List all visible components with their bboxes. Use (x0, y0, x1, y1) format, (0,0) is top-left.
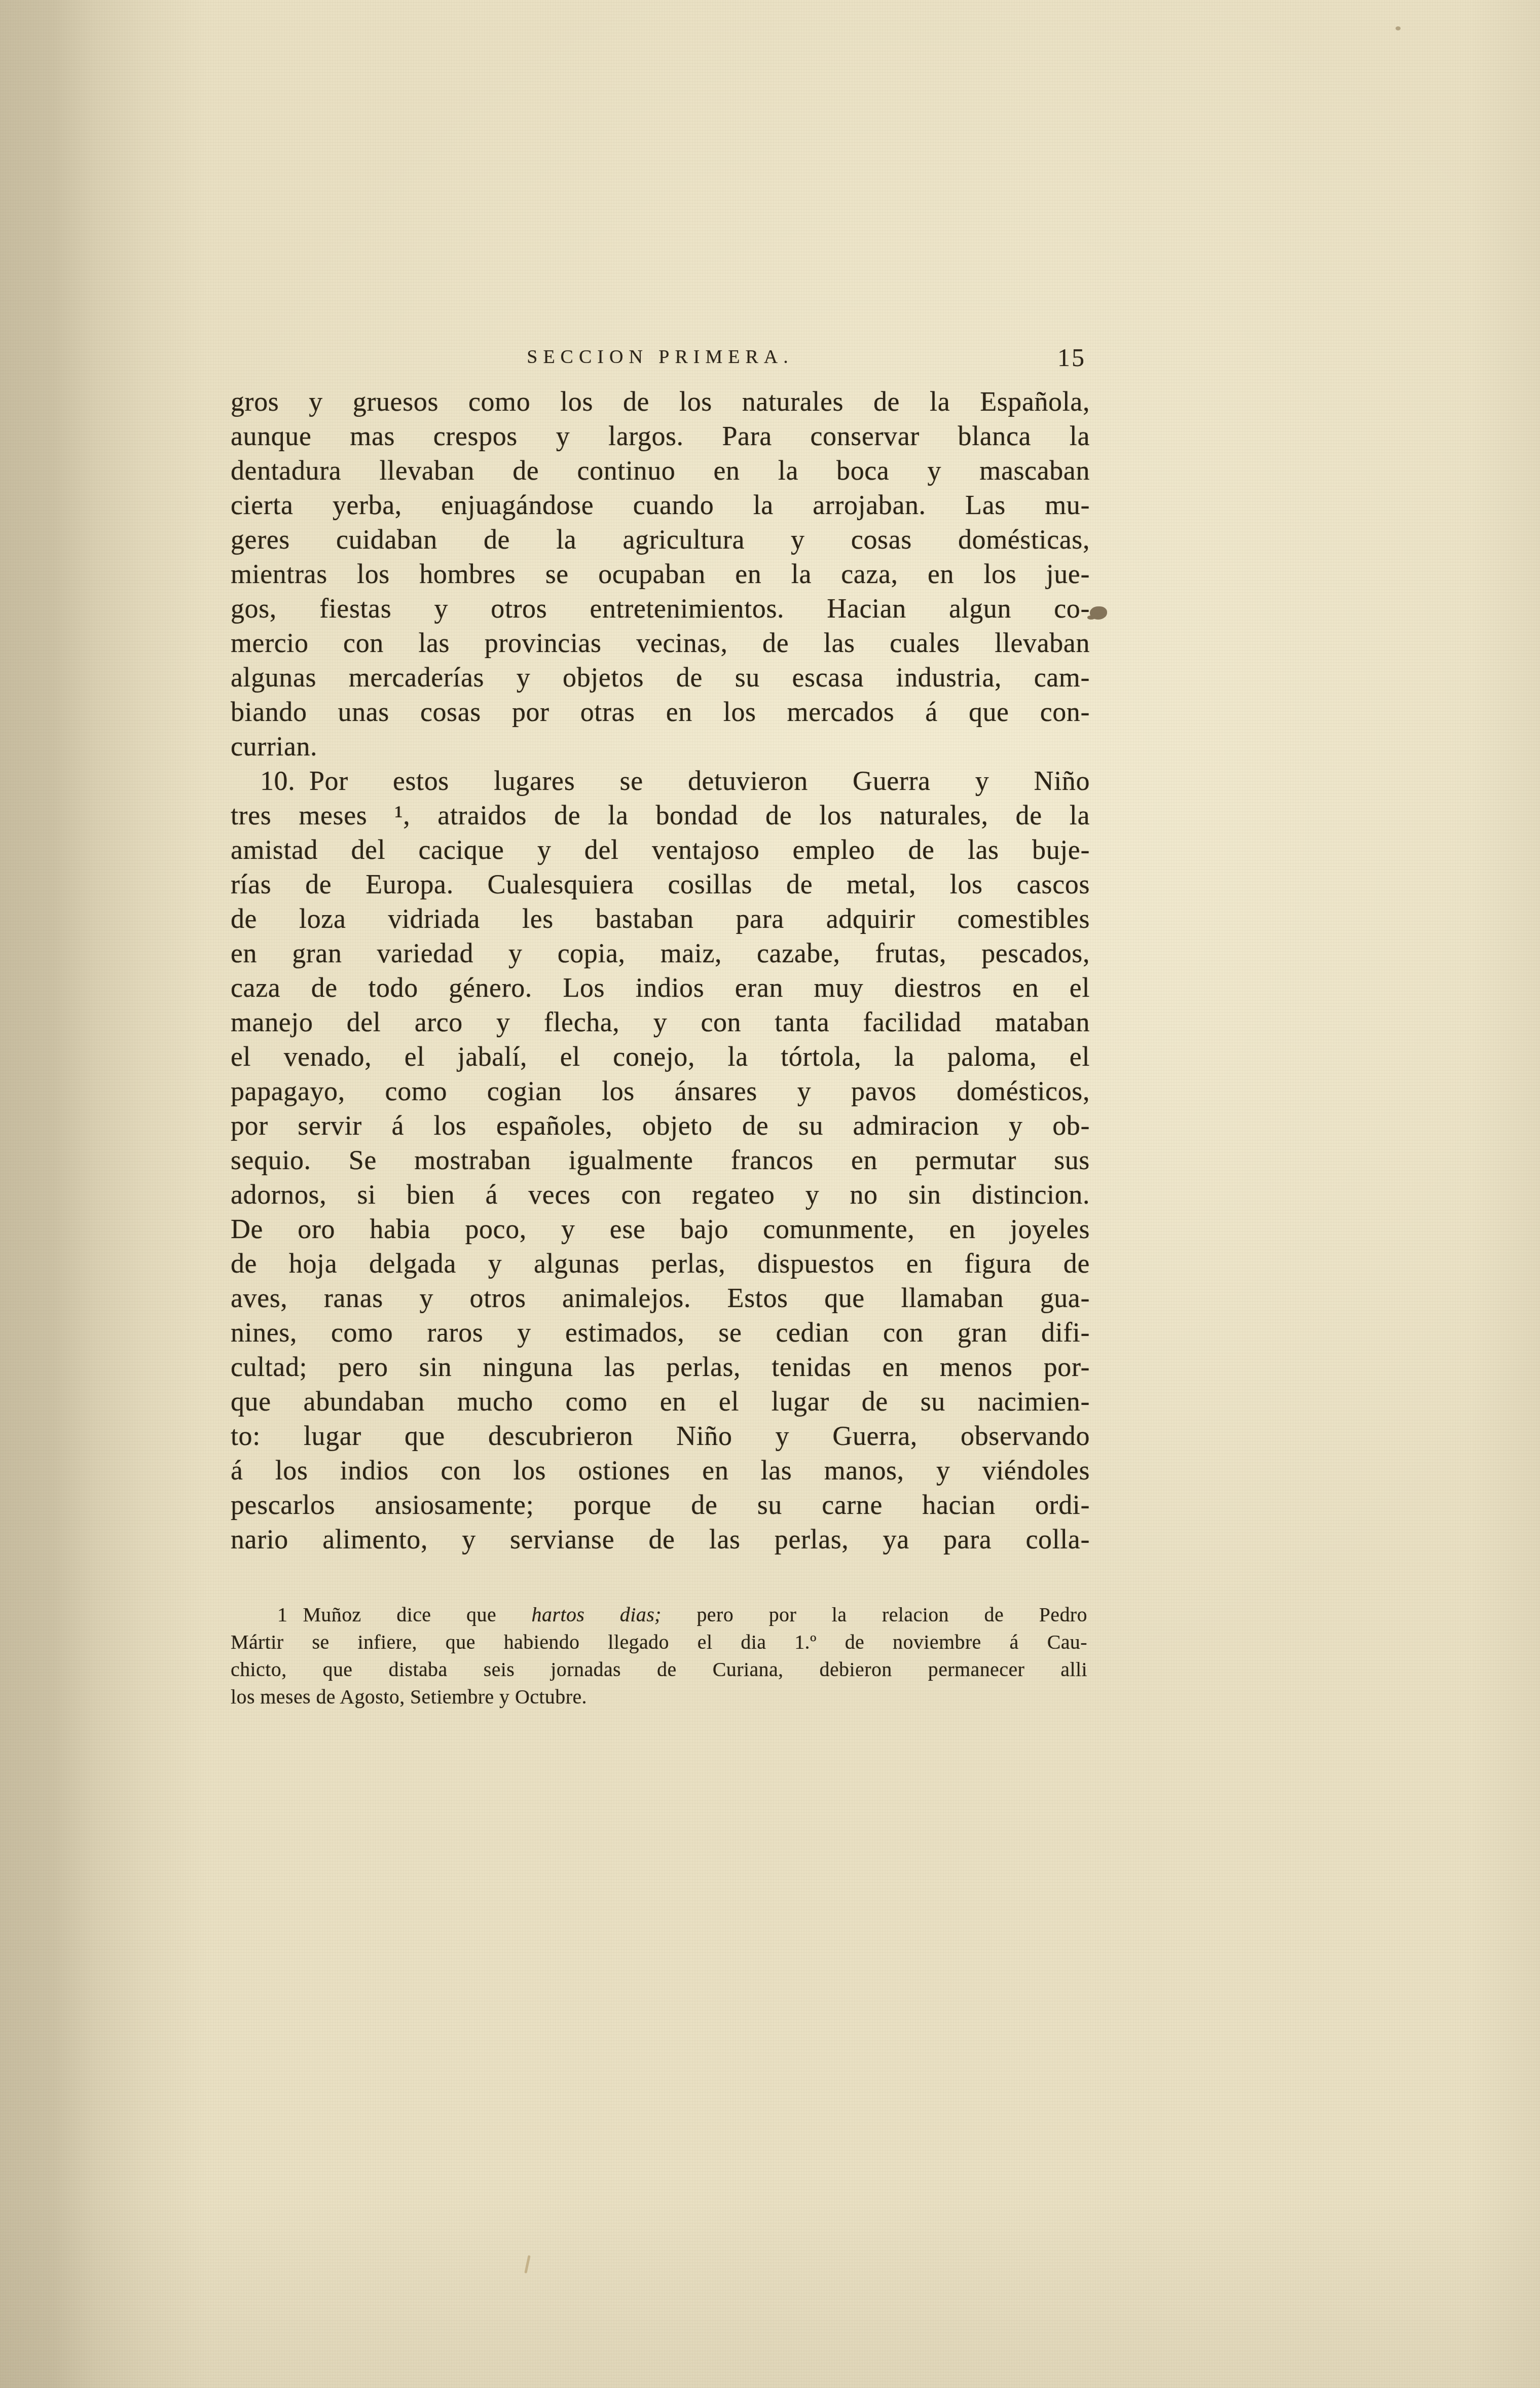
footnote-italic-phrase: hartos dias; (532, 1603, 662, 1626)
text-line: nines, como raros y estimados, se cedian… (231, 1315, 1090, 1350)
text-line: por servir á los españoles, objeto de su… (231, 1108, 1090, 1143)
text-line: algunas mercaderías y objetos de su esca… (231, 660, 1090, 695)
text-line: de hoja delgada y algunas perlas, dispue… (231, 1246, 1090, 1281)
text-line: adornos, si bien á veces con regateo y n… (231, 1177, 1090, 1212)
text-line: en gran variedad y copia, maiz, cazabe, … (231, 936, 1090, 970)
text-line: nario alimento, y servianse de las perla… (231, 1522, 1090, 1557)
text-line: cultad; pero sin ninguna las perlas, ten… (231, 1350, 1090, 1384)
text-line: manejo del arco y flecha, y con tanta fa… (231, 1005, 1090, 1039)
text-line: geres cuidaban de la agricultura y cosas… (231, 522, 1090, 557)
ink-speck (1396, 26, 1401, 30)
text-line: á los indios con los ostiones en las man… (231, 1453, 1090, 1488)
text-line: gros y gruesos como los de los naturales… (231, 384, 1090, 419)
footnote-line: 1Muñoz dice que hartos dias; pero por la… (231, 1601, 1087, 1629)
section-title: SECCION PRIMERA. (527, 346, 794, 368)
page-number: 15 (1057, 343, 1086, 372)
text-line: mercio con las provincias vecinas, de la… (231, 626, 1090, 660)
text-line: aves, ranas y otros animalejos. Estos qu… (231, 1281, 1090, 1315)
text-line: rías de Europa. Cualesquiera cosillas de… (231, 867, 1090, 901)
text-line: dentadura llevaban de continuo en la boc… (231, 453, 1090, 488)
text-line: mientras los hombres se ocupaban en la c… (231, 557, 1090, 591)
text-line: currian. (231, 729, 1090, 764)
paragraph-continuation: gros y gruesos como los de los naturales… (231, 384, 1090, 764)
running-header: SECCION PRIMERA. 15 (231, 343, 1090, 378)
book-page-scan: SECCION PRIMERA. 15 gros y gruesos como … (0, 0, 1540, 2388)
text-line: De oro habia poco, y ese bajo comunmente… (231, 1212, 1090, 1246)
body-text: gros y gruesos como los de los naturales… (231, 384, 1090, 1557)
text-line: biando unas cosas por otras en los merca… (231, 695, 1090, 729)
footnote-text: Muñoz dice que (303, 1603, 531, 1626)
footnote-text: pero por la relacion de Pedro (662, 1603, 1087, 1626)
footnote-line: los meses de Agosto, Setiembre y Octubre… (231, 1683, 1087, 1711)
text-line: el venado, el jabalí, el conejo, la tórt… (231, 1039, 1090, 1074)
text-line: sequio. Se mostraban igualmente francos … (231, 1143, 1090, 1177)
text-line: papagayo, como cogian los ánsares y pavo… (231, 1074, 1090, 1108)
footnote: 1Muñoz dice que hartos dias; pero por la… (231, 1601, 1087, 1711)
footnote-line: chicto, que distaba seis jornadas de Cur… (231, 1656, 1087, 1683)
text-line: to: lugar que descubrieron Niño y Guerra… (231, 1419, 1090, 1453)
ink-speck (1090, 606, 1107, 620)
footnote-marker: 1 (277, 1603, 287, 1626)
text-line: pescarlos ansiosamente; porque de su car… (231, 1488, 1090, 1522)
text-line: tres meses ¹, atraidos de la bondad de l… (231, 798, 1090, 833)
text-line: amistad del cacique y del ventajoso empl… (231, 833, 1090, 867)
text-line: 10. Por estos lugares se detuvieron Guer… (231, 764, 1090, 798)
text-line: cierta yerba, enjuagándose cuando la arr… (231, 488, 1090, 522)
footnote-line: Mártir se infiere, que habiendo llegado … (231, 1629, 1087, 1656)
text-line: que abundaban mucho como en el lugar de … (231, 1384, 1090, 1419)
paper-fiber-mark (524, 2255, 530, 2273)
text-line: gos, fiestas y otros entretenimientos. H… (231, 591, 1090, 626)
text-line: de loza vidriada les bastaban para adqui… (231, 901, 1090, 936)
text-line: aunque mas crespos y largos. Para conser… (231, 419, 1090, 453)
text-line: caza de todo género. Los indios eran muy… (231, 970, 1090, 1005)
paragraph-10: 10. Por estos lugares se detuvieron Guer… (231, 764, 1090, 1557)
